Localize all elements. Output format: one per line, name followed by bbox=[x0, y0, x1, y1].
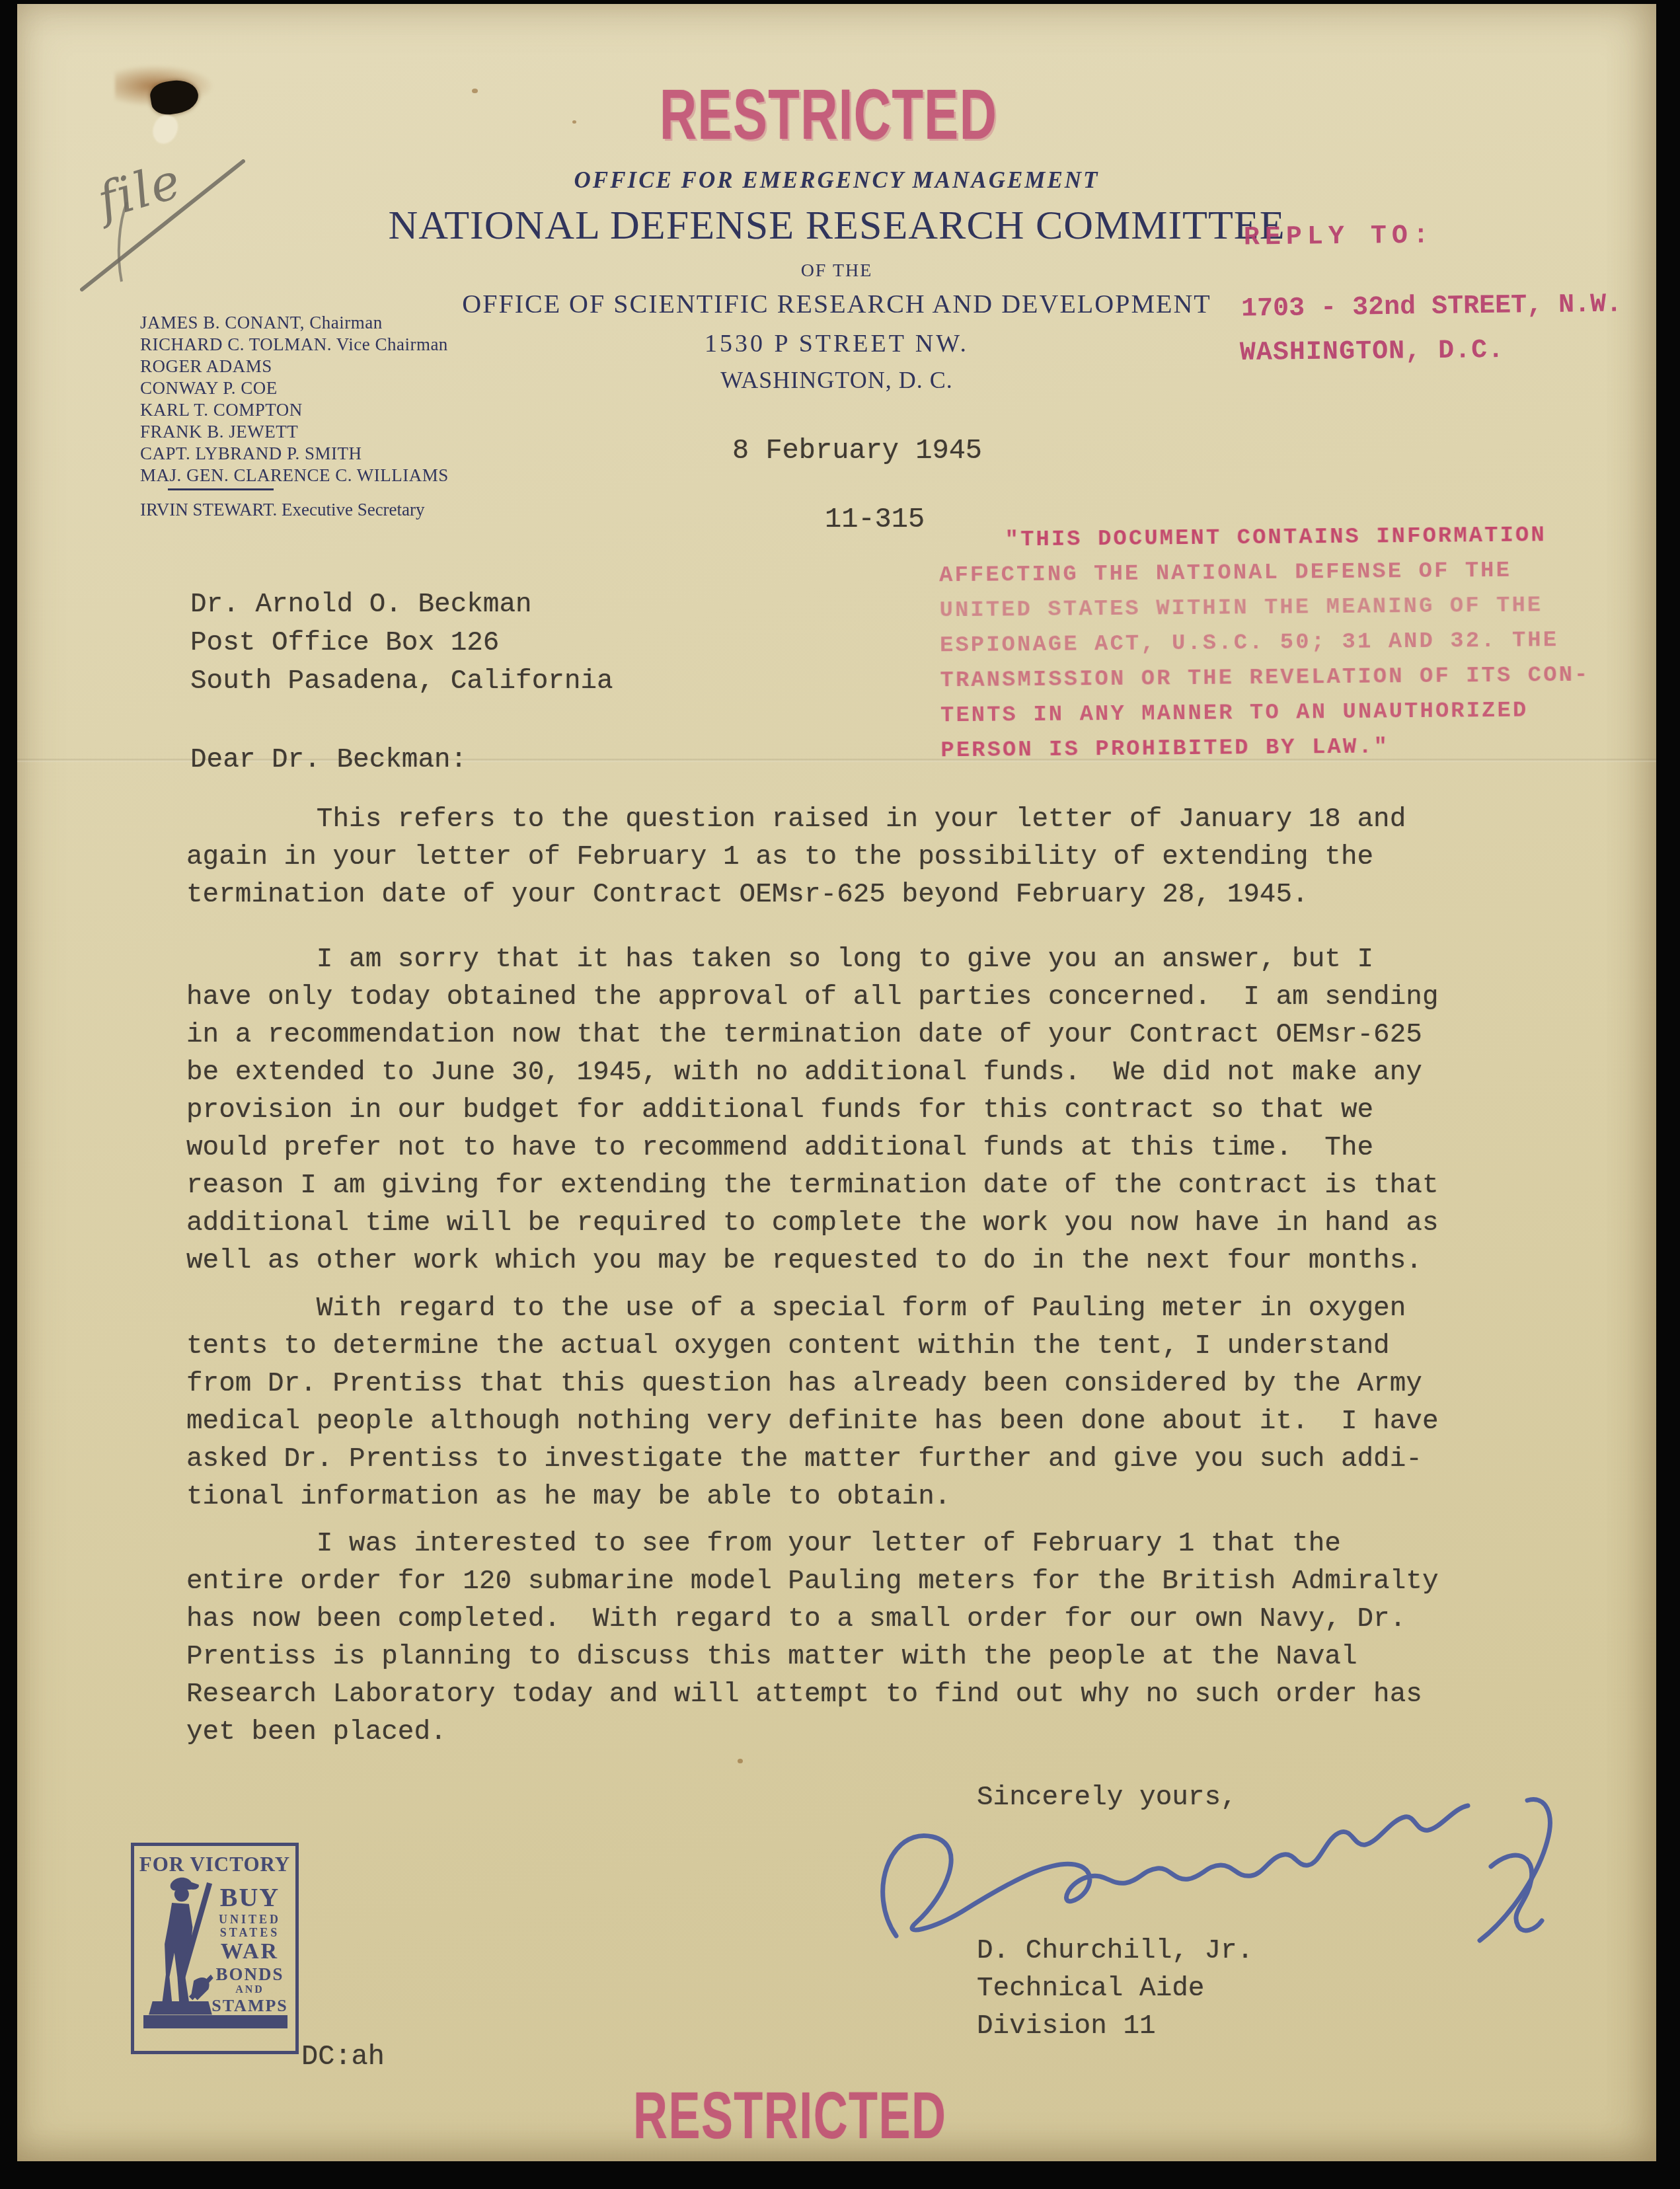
letterhead-divider bbox=[168, 488, 274, 490]
war-bonds-word: STATES bbox=[210, 1926, 290, 1939]
security-notice-line: UNITED STATES WITHIN THE MEANING OF THE bbox=[939, 588, 1589, 629]
signer-name: D. Churchill, Jr. bbox=[977, 1933, 1253, 1970]
security-notice-line: TRANSMISSION OR THE REVELATION OF ITS CO… bbox=[940, 658, 1589, 699]
committee-member: CONWAY P. COE bbox=[140, 377, 449, 399]
committee-member: ROGER ADAMS bbox=[140, 356, 449, 377]
reply-to-city: WASHINGTON, D.C. bbox=[1240, 336, 1505, 368]
recipient-address1: Post Office Box 126 bbox=[190, 624, 499, 662]
reference-number: 11-315 bbox=[825, 501, 925, 539]
security-notice-line: "THIS DOCUMENT CONTAINS INFORMATION bbox=[938, 518, 1588, 559]
war-bonds-stamp: FOR VICTORY BUY UNITED STATES WAR BONDS bbox=[131, 1843, 299, 2054]
reply-to-label: REPLY TO: bbox=[1244, 221, 1435, 252]
paper-speck bbox=[472, 89, 478, 93]
war-bonds-base-bar bbox=[143, 2015, 287, 2028]
salutation: Dear Dr. Beckman: bbox=[190, 742, 467, 779]
letterhead-of-the: OF THE bbox=[17, 260, 1656, 282]
restricted-stamp-bottom: RESTRICTED bbox=[633, 2078, 946, 2154]
body-paragraph-2: I am sorry that it has taken so long to … bbox=[186, 941, 1515, 1280]
committee-member: KARL T. COMPTON bbox=[140, 399, 449, 421]
war-bonds-word: BONDS bbox=[210, 1964, 290, 1984]
restricted-stamp-top: RESTRICTED bbox=[660, 73, 997, 155]
committee-member-list: JAMES B. CONANT, Chairman RICHARD C. TOL… bbox=[140, 312, 449, 486]
paper-speck bbox=[572, 120, 576, 124]
committee-member: MAJ. GEN. CLARENCE C. WILLIAMS bbox=[140, 465, 449, 486]
recipient-address2: South Pasadena, California bbox=[190, 662, 613, 701]
war-bonds-word: BUY bbox=[210, 1883, 290, 1913]
committee-member: CAPT. LYBRAND P. SMITH bbox=[140, 443, 449, 465]
signer-title: Technical Aide bbox=[977, 1970, 1204, 2008]
security-notice-line: PERSON IS PROHIBITED BY LAW." bbox=[940, 728, 1590, 769]
body-paragraph-1: This refers to the question raised in yo… bbox=[186, 801, 1515, 914]
security-notice-line: AFFECTING THE NATIONAL DEFENSE OF THE bbox=[939, 553, 1589, 594]
war-bonds-word: UNITED bbox=[210, 1913, 290, 1926]
paper-speck bbox=[738, 1759, 743, 1763]
committee-member: FRANK B. JEWETT bbox=[140, 421, 449, 443]
war-bonds-word: WAR bbox=[210, 1939, 290, 1964]
committee-member: RICHARD C. TOLMAN. Vice Chairman bbox=[140, 334, 449, 356]
executive-secretary: IRVIN STEWART. Executive Secretary bbox=[140, 500, 425, 520]
body-paragraph-3: With regard to the use of a special form… bbox=[186, 1290, 1515, 1516]
letterhead-agency: OFFICE FOR EMERGENCY MANAGEMENT bbox=[17, 167, 1656, 194]
letter-paper: file RESTRICTED OFFICE FOR EMERGENCY MAN… bbox=[17, 4, 1656, 2161]
committee-member: JAMES B. CONANT, Chairman bbox=[140, 312, 449, 334]
security-notice-line: ESPIONAGE ACT, U.S.C. 50; 31 AND 32. THE bbox=[940, 623, 1589, 664]
security-notice-stamp: "THIS DOCUMENT CONTAINS INFORMATION AFFE… bbox=[938, 518, 1590, 769]
letter-date: 8 February 1945 bbox=[732, 432, 982, 470]
typist-initials: DC:ah bbox=[301, 2038, 385, 2076]
war-bonds-word: STAMPS bbox=[210, 1996, 290, 2015]
war-bonds-text-column: BUY UNITED STATES WAR BONDS AND STAMPS bbox=[210, 1883, 290, 2015]
war-bonds-word: AND bbox=[210, 1984, 290, 1996]
scanned-letter-page: { "colors": { "paper": "#dcd2aa", "stamp… bbox=[0, 0, 1680, 2189]
body-paragraph-4: I was interested to see from your letter… bbox=[186, 1525, 1515, 1751]
security-notice-line: TENTS IN ANY MANNER TO AN UNAUTHORIZED bbox=[940, 693, 1590, 734]
signer-division: Division 11 bbox=[977, 2008, 1156, 2046]
reply-to-street: 1703 - 32nd STREET, N.W. bbox=[1241, 289, 1623, 324]
recipient-name: Dr. Arnold O. Beckman bbox=[190, 586, 532, 624]
minuteman-statue-icon bbox=[141, 1872, 220, 2028]
